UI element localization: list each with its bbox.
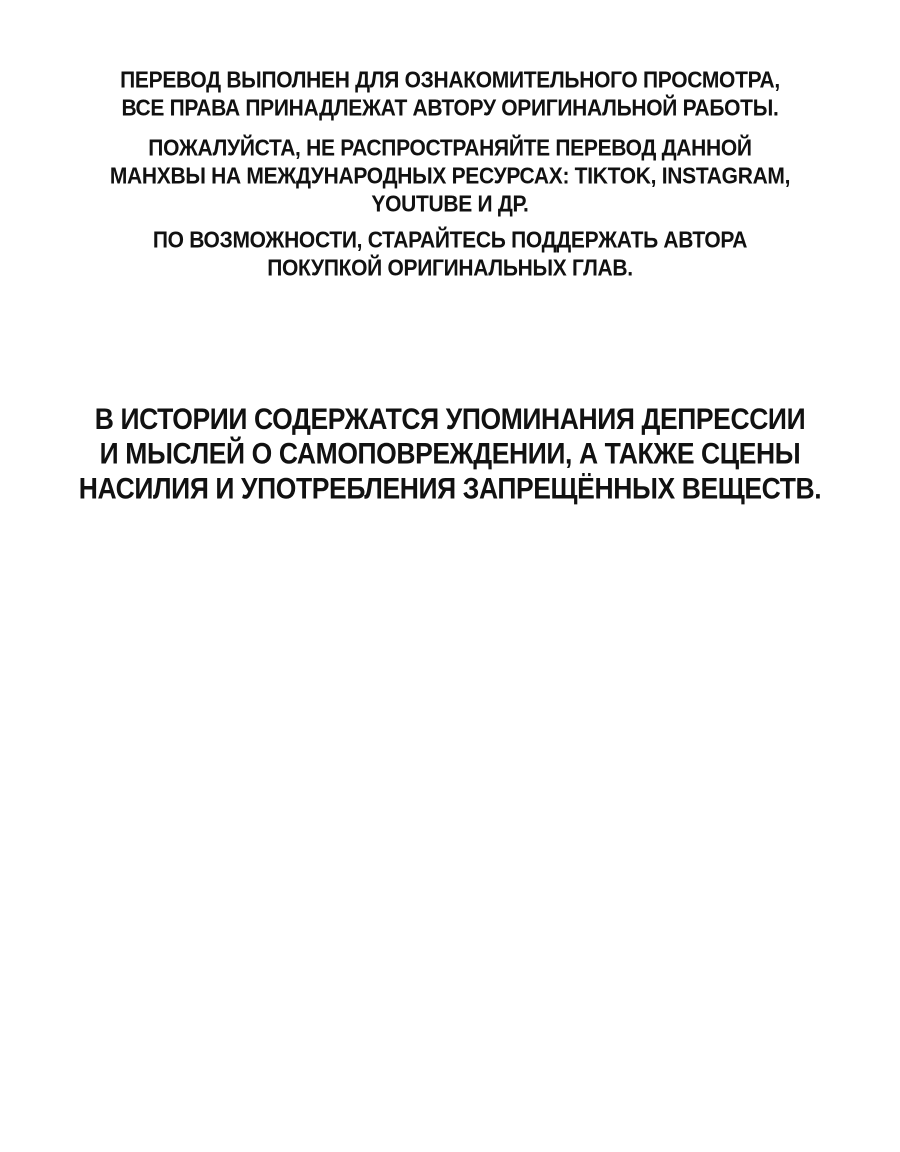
support-line: ПОКУПКОЙ ОРИГИНАЛЬНЫХ ГЛАВ.: [0, 254, 900, 282]
content-warning: В ИСТОРИИ СОДЕРЖАТСЯ УПОМИНАНИЯ ДЕПРЕССИ…: [0, 402, 900, 506]
warning-line: НАСИЛИЯ И УПОТРЕБЛЕНИЯ ЗАПРЕЩЁННЫХ ВЕЩЕС…: [0, 471, 900, 506]
support-line: ПО ВОЗМОЖНОСТИ, СТАРАЙТЕСЬ ПОДДЕРЖАТЬ АВ…: [0, 226, 900, 254]
support-author-note: ПО ВОЗМОЖНОСТИ, СТАРАЙТЕСЬ ПОДДЕРЖАТЬ АВ…: [0, 226, 900, 282]
warning-line: И МЫСЛЕЙ О САМОПОВРЕЖДЕНИИ, А ТАКЖЕ СЦЕН…: [0, 437, 900, 472]
request-line: YOUTUBE И ДР.: [0, 190, 900, 218]
request-line: ПОЖАЛУЙСТА, НЕ РАСПРОСТРАНЯЙТЕ ПЕРЕВОД Д…: [0, 134, 900, 162]
distribution-request: ПОЖАЛУЙСТА, НЕ РАСПРОСТРАНЯЙТЕ ПЕРЕВОД Д…: [0, 134, 900, 218]
warning-line: В ИСТОРИИ СОДЕРЖАТСЯ УПОМИНАНИЯ ДЕПРЕССИ…: [0, 402, 900, 437]
translation-disclaimer: ПЕРЕВОД ВЫПОЛНЕН ДЛЯ ОЗНАКОМИТЕЛЬНОГО ПР…: [0, 66, 900, 122]
disclaimer-line: ПЕРЕВОД ВЫПОЛНЕН ДЛЯ ОЗНАКОМИТЕЛЬНОГО ПР…: [0, 66, 900, 94]
request-line: МАНХВЫ НА МЕЖДУНАРОДНЫХ РЕСУРСАХ: TIKTOK…: [0, 162, 900, 190]
disclaimer-line: ВСЕ ПРАВА ПРИНАДЛЕЖАТ АВТОРУ ОРИГИНАЛЬНО…: [0, 94, 900, 122]
